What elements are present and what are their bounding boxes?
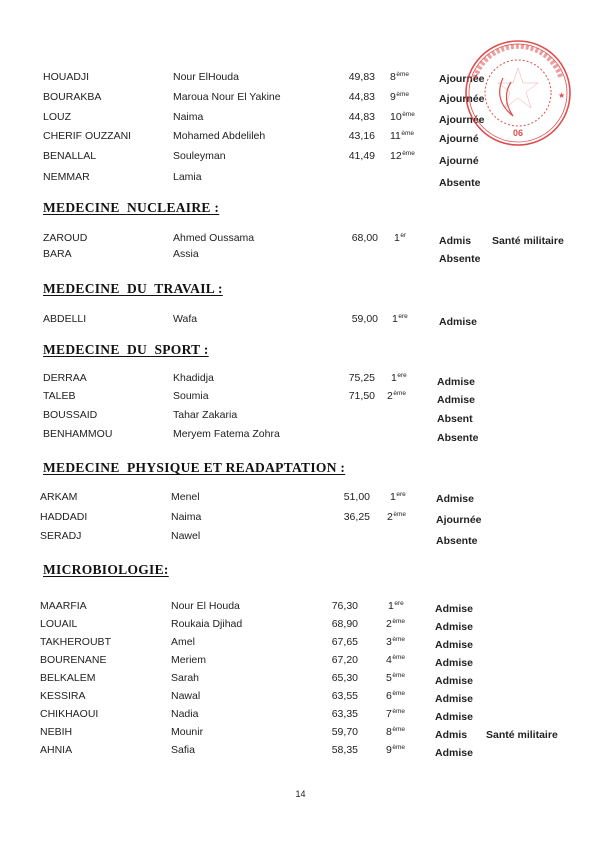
rank-suffix: ème (393, 511, 406, 518)
table-row: AHNIA Safia 58,35 9ème Admise (0, 744, 601, 760)
score: 43,16 (335, 130, 375, 142)
score: 49,83 (335, 71, 375, 83)
status: Admise (435, 639, 473, 651)
score: 58,35 (318, 744, 358, 756)
rank: 1ere (390, 491, 406, 503)
rank-number: 1 (388, 600, 394, 612)
rank-suffix: ème (392, 672, 405, 679)
score: 68,90 (318, 618, 358, 630)
rank: 1er (394, 232, 406, 244)
table-row: ABDELLI Wafa 59,00 1ere Admise (0, 313, 601, 329)
table-row: LOUAIL Roukaia Djihad 68,90 2ème Admise (0, 618, 601, 634)
status: Admise (435, 621, 473, 633)
rank-suffix: ème (396, 91, 409, 98)
table-row: DERRAA Khadidja 75,25 1ere Admise (0, 372, 601, 388)
first-name: Sarah (171, 672, 199, 684)
first-name: Naima (171, 511, 201, 523)
status: Admis (435, 729, 467, 741)
last-name: CHERIF OUZZANI (43, 130, 131, 142)
table-row: KESSIRA Nawal 63,55 6ème Admise (0, 690, 601, 706)
rank-suffix: er (400, 232, 406, 239)
first-name: Tahar Zakaria (173, 409, 237, 421)
last-name: ARKAM (40, 491, 77, 503)
status: Ajournée (436, 514, 482, 526)
table-row: HADDADI Naima 36,25 2ème Ajournée (0, 511, 601, 527)
status: Admise (435, 603, 473, 615)
status: Admise (439, 316, 477, 328)
last-name: CHIKHAOUI (40, 708, 98, 720)
rank-suffix: ème (392, 654, 405, 661)
rank: 1ere (391, 372, 407, 384)
status: Admis (439, 235, 471, 247)
first-name: Amel (171, 636, 195, 648)
rank-number: 8 (386, 726, 392, 738)
rank-number: 2 (387, 390, 393, 402)
last-name: ABDELLI (43, 313, 86, 325)
first-name: Meriem (171, 654, 206, 666)
rank-number: 1 (390, 491, 396, 503)
table-row: TALEB Soumia 71,50 2ème Admise (0, 390, 601, 406)
section-title-medecine-physique-readaptation: MEDECINE PHYSIQUE ET READAPTATION : (43, 460, 345, 476)
table-row: LOUZ Naima 44,83 10ème Ajournée (0, 111, 601, 127)
last-name: TALEB (43, 390, 75, 402)
table-row: BENHAMMOU Meryem Fatema Zohra Absente (0, 428, 601, 444)
score: 63,55 (318, 690, 358, 702)
status: Ajourné (439, 155, 479, 167)
rank-number: 1 (391, 372, 397, 384)
rank: 9ème (390, 91, 409, 103)
last-name: HADDADI (40, 511, 87, 523)
rank: 2ème (387, 511, 406, 523)
score: 76,30 (318, 600, 358, 612)
status: Admise (435, 711, 473, 723)
rank: 7ème (386, 708, 405, 720)
score: 65,30 (318, 672, 358, 684)
rank-number: 10 (390, 111, 402, 123)
first-name: Naima (173, 111, 203, 123)
page-number: 14 (0, 789, 601, 799)
rank: 10ème (390, 111, 415, 123)
first-name: Lamia (173, 171, 202, 183)
rank-number: 7 (386, 708, 392, 720)
first-name: Ahmed Oussama (173, 232, 254, 244)
rank: 2ème (386, 618, 405, 630)
rank-number: 1 (394, 232, 400, 244)
first-name: Wafa (173, 313, 197, 325)
last-name: DERRAA (43, 372, 87, 384)
section-title-medecine-du-sport: MEDECINE DU SPORT : (43, 342, 209, 358)
rank-number: 4 (386, 654, 392, 666)
first-name: Safia (171, 744, 195, 756)
rank-suffix: ème (392, 744, 405, 751)
rank-suffix: ere (397, 372, 406, 379)
rank: 12ème (390, 150, 415, 162)
rank-suffix: ere (398, 313, 407, 320)
first-name: Mohamed Abdelileh (173, 130, 265, 142)
last-name: NEMMAR (43, 171, 90, 183)
score: 51,00 (330, 491, 370, 503)
table-row: NEBIH Mounir 59,70 8ème Admis Santé mili… (0, 726, 601, 742)
status: Absente (437, 432, 478, 444)
last-name: KESSIRA (40, 690, 86, 702)
rank-suffix: ème (396, 71, 409, 78)
note: Santé militaire (486, 729, 558, 741)
score: 44,83 (335, 91, 375, 103)
status: Ajourné (439, 133, 479, 145)
score: 75,25 (335, 372, 375, 384)
table-row: BOURAKBA Maroua Nour El Yakine 44,83 9èm… (0, 91, 601, 107)
last-name: SERADJ (40, 530, 81, 542)
score: 59,00 (338, 313, 378, 325)
rank-suffix: ème (392, 636, 405, 643)
first-name: Soumia (173, 390, 209, 402)
last-name: BOUSSAID (43, 409, 97, 421)
table-row: NEMMAR Lamia Absente (0, 171, 601, 187)
status: Admise (437, 376, 475, 388)
status: Admise (435, 747, 473, 759)
rank-number: 6 (386, 690, 392, 702)
last-name: ZAROUD (43, 232, 87, 244)
rank: 3ème (386, 636, 405, 648)
rank: 1ere (388, 600, 404, 612)
rank-suffix: ème (392, 690, 405, 697)
rank: 6ème (386, 690, 405, 702)
table-row: CHIKHAOUI Nadia 63,35 7ème Admise (0, 708, 601, 724)
rank-suffix: ème (393, 390, 406, 397)
rank-number: 11 (390, 130, 401, 142)
last-name: BENHAMMOU (43, 428, 112, 440)
last-name: TAKHEROUBT (40, 636, 111, 648)
table-row: BENALLAL Souleyman 41,49 12ème Ajourné (0, 150, 601, 166)
first-name: Souleyman (173, 150, 226, 162)
rank-number: 9 (386, 744, 392, 756)
last-name: BENALLAL (43, 150, 96, 162)
section-title-microbiologie: MICROBIOLOGIE: (43, 562, 169, 578)
last-name: NEBIH (40, 726, 72, 738)
table-row: BELKALEM Sarah 65,30 5ème Admise (0, 672, 601, 688)
last-name: LOUAIL (40, 618, 77, 630)
rank-number: 12 (390, 150, 402, 162)
rank-suffix: ème (392, 618, 405, 625)
first-name: Maroua Nour El Yakine (173, 91, 281, 103)
first-name: Nour ElHouda (173, 71, 239, 83)
table-row: HOUADJI Nour ElHouda 49,83 8ème Ajournée (0, 71, 601, 87)
table-row: BOUSSAID Tahar Zakaria Absent (0, 409, 601, 425)
status: Admise (436, 493, 474, 505)
score: 63,35 (318, 708, 358, 720)
document-page: HOUADJI Nour ElHouda 49,83 8ème Ajournée… (0, 0, 601, 850)
table-row: BARA Assia Absente (0, 248, 601, 264)
status: Ajournée (439, 114, 485, 126)
table-row: SERADJ Nawel Absente (0, 530, 601, 546)
first-name: Assia (173, 248, 199, 260)
rank-suffix: ème (402, 111, 415, 118)
table-row: ZAROUD Ahmed Oussama 68,00 1er Admis San… (0, 232, 601, 248)
first-name: Nadia (171, 708, 198, 720)
rank-number: 2 (387, 511, 393, 523)
score: 71,50 (335, 390, 375, 402)
score: 41,49 (335, 150, 375, 162)
last-name: LOUZ (43, 111, 71, 123)
rank: 9ème (386, 744, 405, 756)
status: Admise (435, 657, 473, 669)
status: Absente (439, 177, 480, 189)
status: Admise (435, 693, 473, 705)
rank-number: 2 (386, 618, 392, 630)
status: Admise (435, 675, 473, 687)
first-name: Menel (171, 491, 200, 503)
rank-suffix: ere (394, 600, 403, 607)
note: Santé militaire (492, 235, 564, 247)
rank-number: 3 (386, 636, 392, 648)
rank-number: 8 (390, 71, 396, 83)
rank-number: 1 (392, 313, 398, 325)
score: 67,65 (318, 636, 358, 648)
section-title-medecine-nucleaire: MEDECINE NUCLEAIRE : (43, 200, 219, 216)
rank-number: 5 (386, 672, 392, 684)
status: Absent (437, 413, 473, 425)
status: Admise (437, 394, 475, 406)
score: 68,00 (338, 232, 378, 244)
last-name: AHNIA (40, 744, 72, 756)
score: 59,70 (318, 726, 358, 738)
last-name: MAARFIA (40, 600, 87, 612)
rank-number: 9 (390, 91, 396, 103)
rank: 2ème (387, 390, 406, 402)
first-name: Meryem Fatema Zohra (173, 428, 280, 440)
table-row: BOURENANE Meriem 67,20 4ème Admise (0, 654, 601, 670)
score: 44,83 (335, 111, 375, 123)
rank-suffix: ème (392, 708, 405, 715)
rank: 8ème (390, 71, 409, 83)
rank-suffix: ème (402, 150, 415, 157)
status: Absente (439, 253, 480, 265)
rank: 11ème (390, 130, 414, 142)
rank-suffix: ème (392, 726, 405, 733)
rank-suffix: ere (396, 491, 405, 498)
rank: 1ere (392, 313, 408, 325)
rank: 5ème (386, 672, 405, 684)
table-row: TAKHEROUBT Amel 67,65 3ème Admise (0, 636, 601, 652)
rank: 4ème (386, 654, 405, 666)
status: Ajournée (439, 93, 485, 105)
first-name: Mounir (171, 726, 203, 738)
rank: 8ème (386, 726, 405, 738)
last-name: HOUADJI (43, 71, 89, 83)
rank-suffix: ème (401, 130, 414, 137)
first-name: Khadidja (173, 372, 214, 384)
section-title-medecine-du-travail: MEDECINE DU TRAVAIL : (43, 281, 223, 297)
status: Absente (436, 535, 477, 547)
last-name: BARA (43, 248, 72, 260)
score: 67,20 (318, 654, 358, 666)
last-name: BOURAKBA (43, 91, 101, 103)
table-row: CHERIF OUZZANI Mohamed Abdelileh 43,16 1… (0, 130, 601, 146)
status: Ajournée (439, 73, 485, 85)
first-name: Nawal (171, 690, 200, 702)
table-row: MAARFIA Nour El Houda 76,30 1ere Admise (0, 600, 601, 616)
first-name: Nawel (171, 530, 200, 542)
first-name: Roukaia Djihad (171, 618, 242, 630)
first-name: Nour El Houda (171, 600, 240, 612)
last-name: BOURENANE (40, 654, 107, 666)
last-name: BELKALEM (40, 672, 95, 684)
table-row: ARKAM Menel 51,00 1ere Admise (0, 491, 601, 507)
score: 36,25 (330, 511, 370, 523)
